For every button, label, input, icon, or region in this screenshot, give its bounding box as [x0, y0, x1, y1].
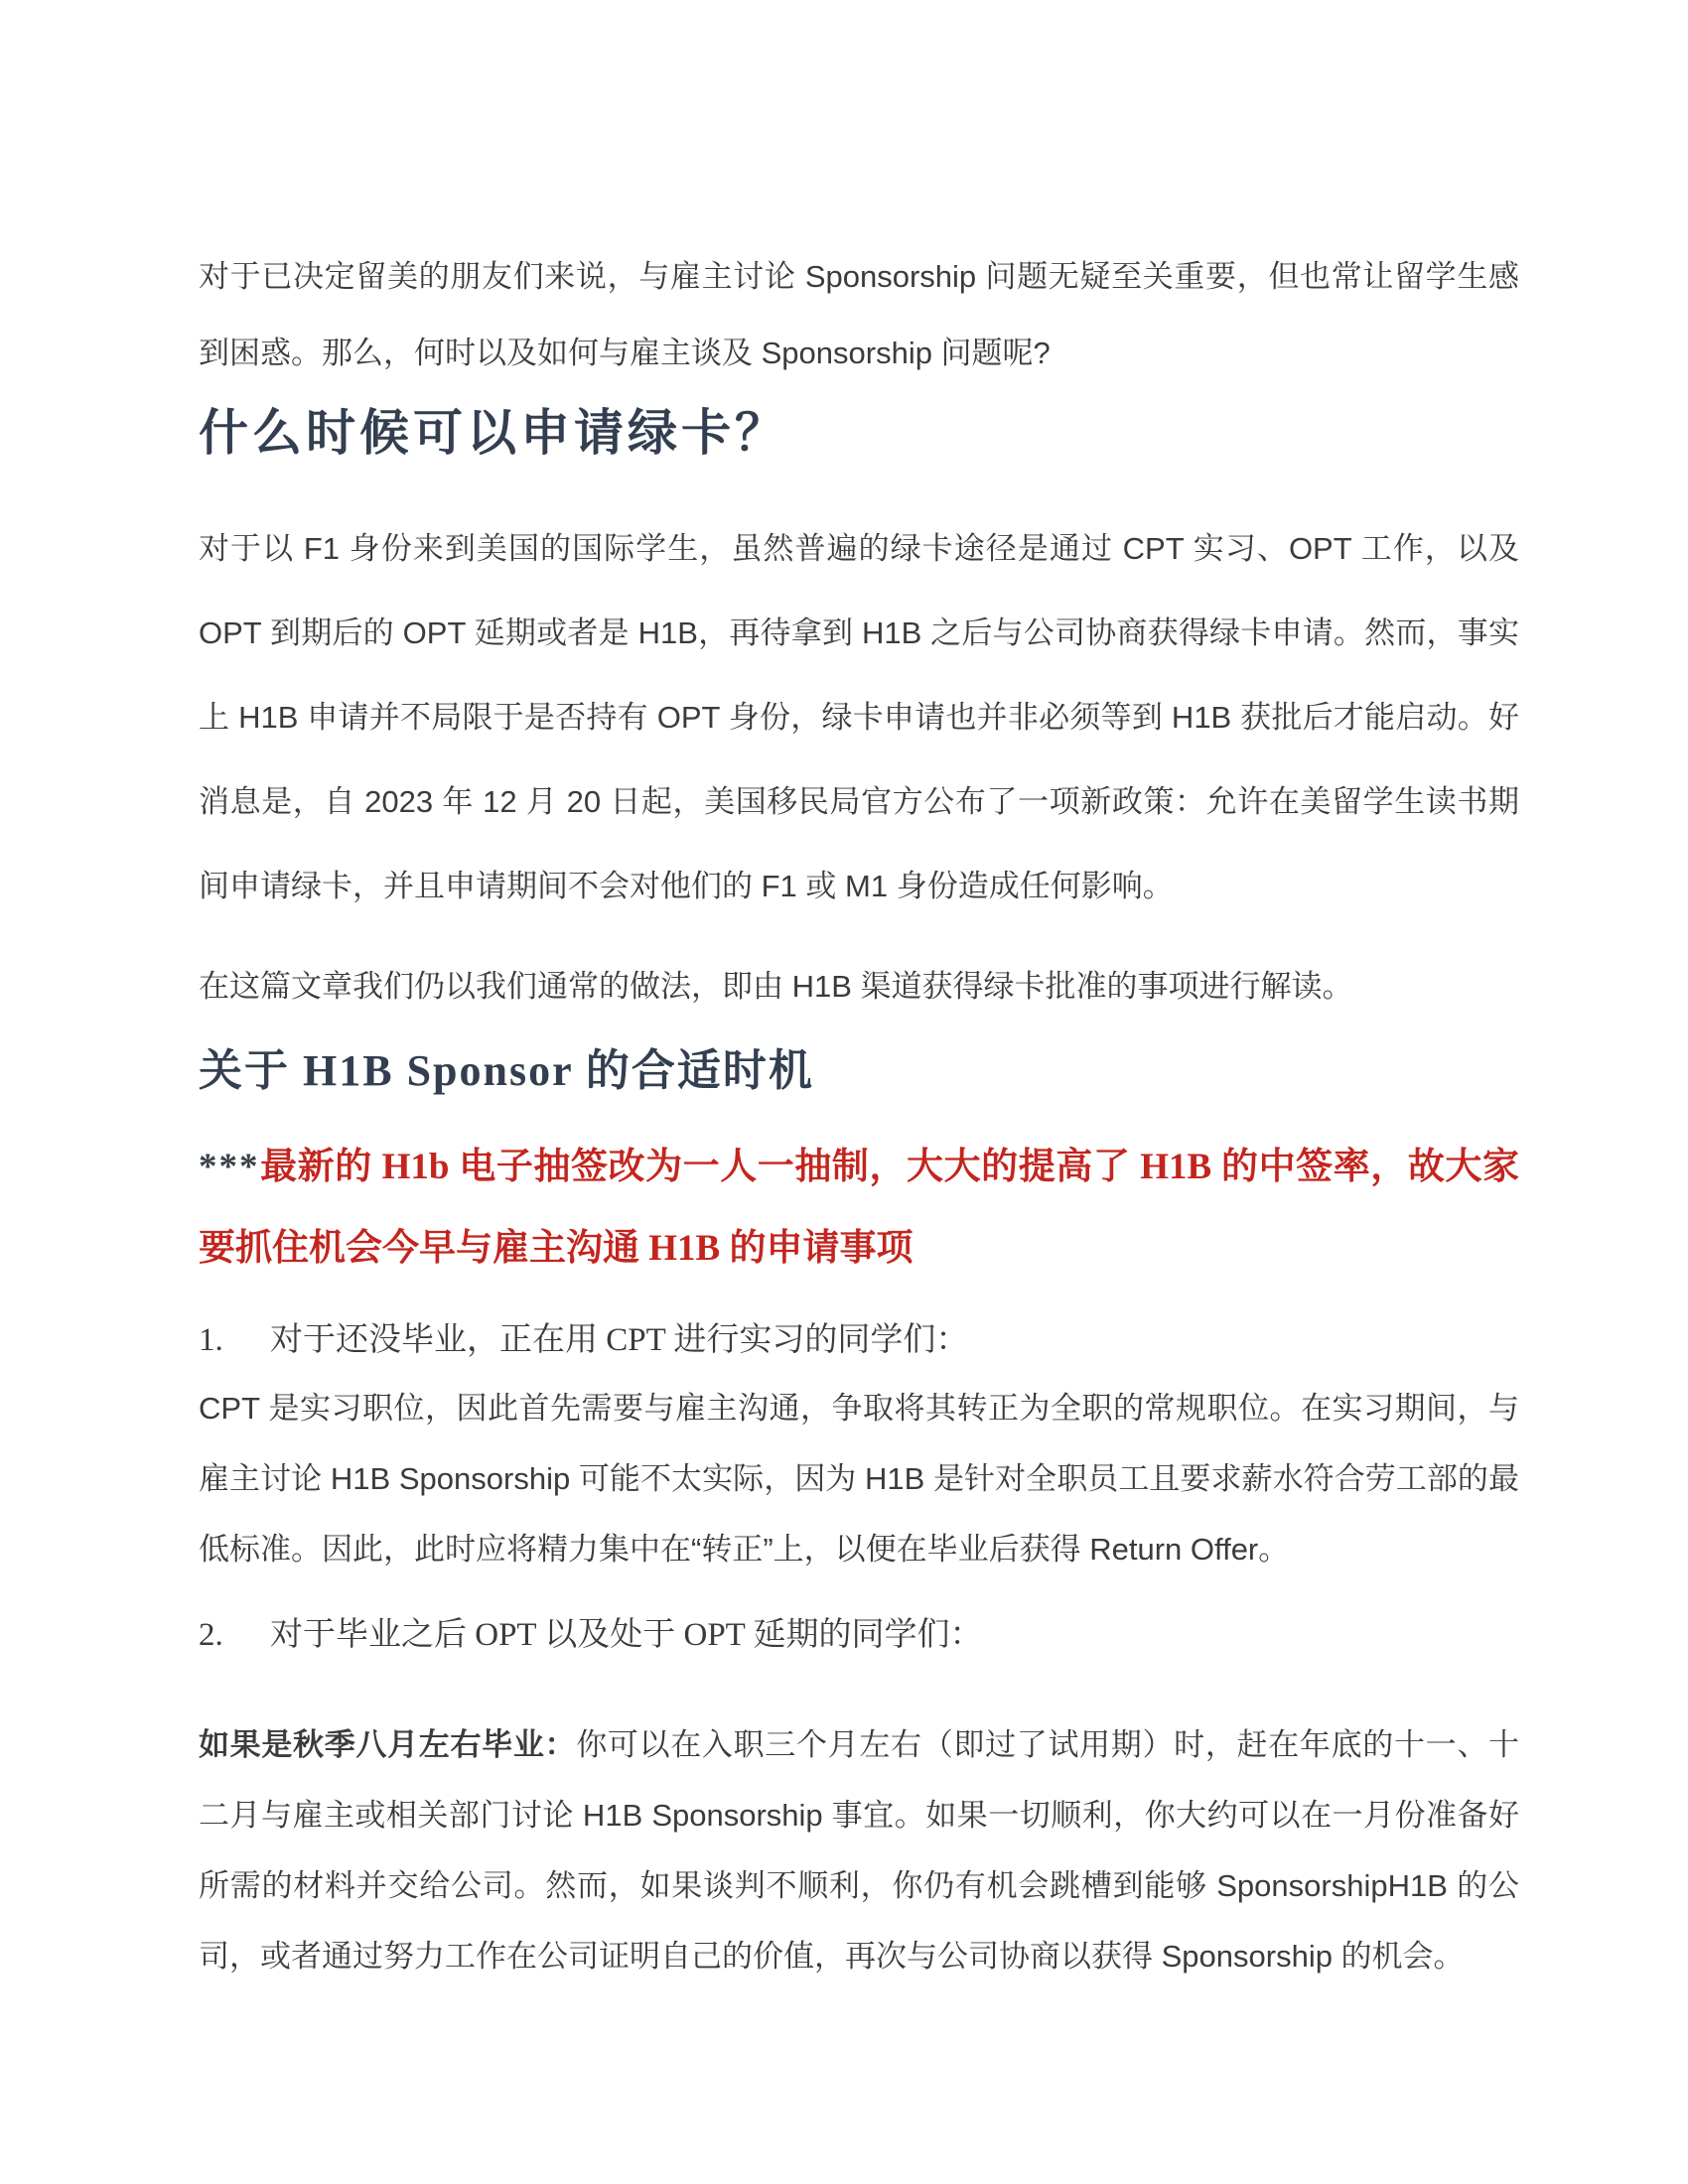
item1-heading: 1.对于还没毕业，正在用 CPT 进行实习的同学们：: [199, 1317, 1519, 1363]
fall-graduation-bold-lead: 如果是秋季八月左右毕业：: [199, 1727, 576, 1762]
fall-graduation-body-text: 你可以在入职三个月左右（即过了试用期）时，赶在年底的十一、十二月与雇主或相关部门…: [199, 1727, 1519, 1974]
item1-title: 对于还没毕业，正在用 CPT 进行实习的同学们：: [270, 1322, 968, 1358]
section-heading-h1b-sponsor-timing: 关于 H1B Sponsor 的合适时机: [199, 1044, 1519, 1097]
red-note-text: 最新的 H1b 电子抽签改为一人一抽制，大大的提高了 H1B 的中签率，故大家要…: [199, 1147, 1519, 1269]
item2-heading: 2.对于毕业之后 OPT 以及处于 OPT 延期的同学们：: [199, 1612, 1519, 1658]
document-page: 对于已决定留美的朋友们来说，与雇主讨论 Sponsorship 问题无疑至关重要…: [0, 0, 1688, 2184]
asterisk-prefix: ***: [199, 1147, 260, 1187]
item1-paragraph: CPT 是实习职位，因此首先需要与雇主沟通，争取将其转正为全职的常规职位。在实习…: [199, 1373, 1519, 1584]
h1b-lottery-red-note: ***最新的 H1b 电子抽签改为一人一抽制，大大的提高了 H1B 的中签率，故…: [199, 1127, 1519, 1290]
item1-number: 1.: [199, 1317, 270, 1363]
article-approach-paragraph: 在这篇文章我们仍以我们通常的做法，即由 H1B 渠道获得绿卡批准的事项进行解读。: [199, 944, 1519, 1028]
green-card-policy-paragraph: 对于以 F1 身份来到美国的国际学生，虽然普遍的绿卡途径是通过 CPT 实习、O…: [199, 506, 1519, 928]
intro-paragraph: 对于已决定留美的朋友们来说，与雇主讨论 Sponsorship 问题无疑至关重要…: [199, 238, 1519, 391]
item2-paragraph: 如果是秋季八月左右毕业：你可以在入职三个月左右（即过了试用期）时，赶在年底的十一…: [199, 1709, 1519, 1991]
item2-number: 2.: [199, 1612, 270, 1658]
section-heading-green-card-timing: 什么时候可以申请绿卡？: [199, 403, 1519, 463]
item2-title: 对于毕业之后 OPT 以及处于 OPT 延期的同学们：: [270, 1617, 983, 1653]
